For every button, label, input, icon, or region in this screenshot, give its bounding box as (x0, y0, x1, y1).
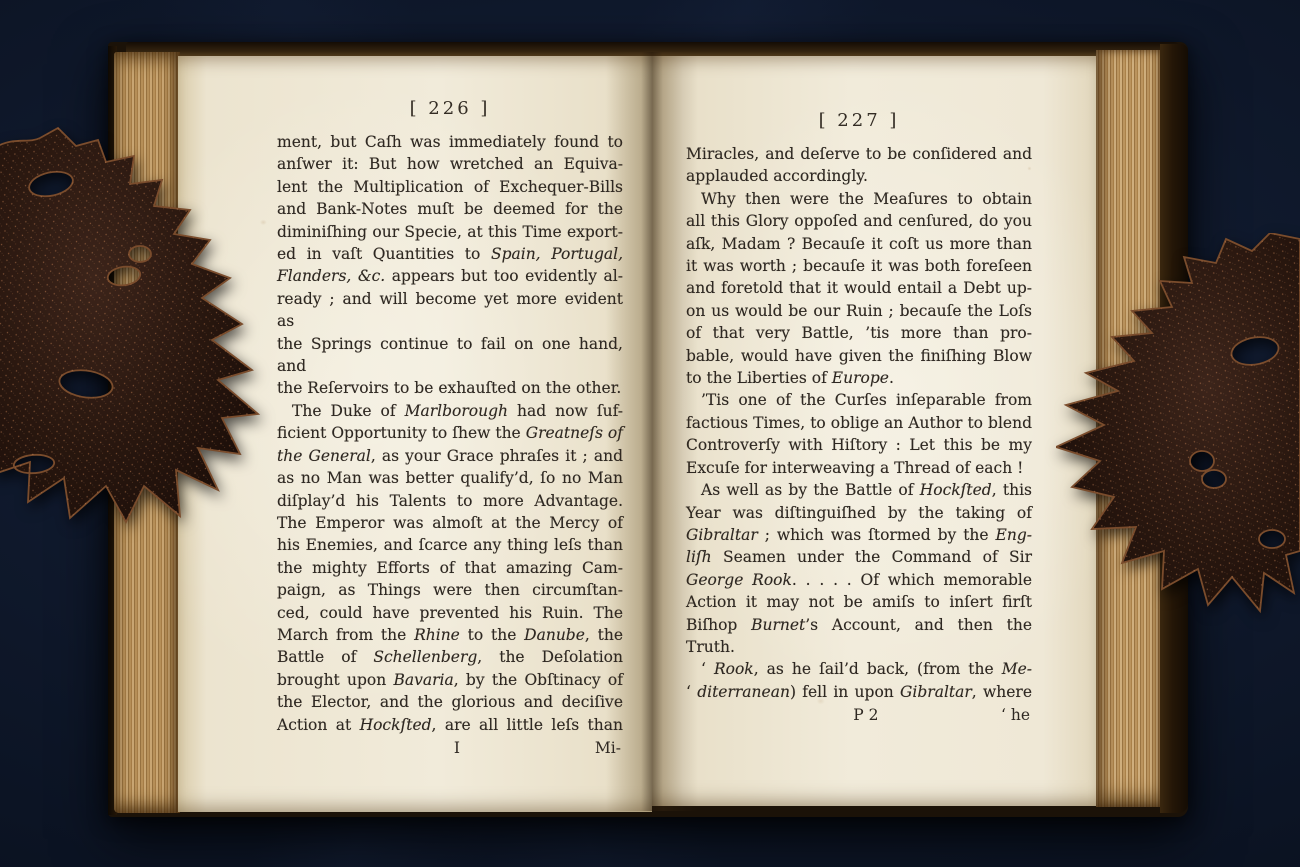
text-line: Gibraltar ; which was ſtormed by the Eng… (686, 524, 1032, 546)
text-run: ed in vaſt Quantities to (277, 245, 491, 263)
text-line: The Emperor was almoſt at the Mercy of (277, 512, 623, 534)
text-line: ment, but Caſh was immediately found to (277, 131, 623, 153)
left-page-header: [ 226 ] (277, 98, 623, 119)
text-run: Why then were the Meaſures to obtain (701, 190, 1032, 208)
text-line: paign, as Things were then circumſtan- (277, 579, 623, 601)
text-run: ficient Opportunity to ſhew the (277, 424, 526, 442)
text-run: Truth. (686, 638, 735, 656)
text-run: diſplay’d his Talents to more Advantage. (277, 492, 623, 510)
text-line: Controverſy with Hiſtory : Let this be m… (686, 434, 1032, 456)
text-run: Bavaria (394, 671, 454, 689)
text-run: applauded accordingly. (686, 167, 868, 185)
text-run: Battle of (277, 648, 373, 666)
text-line: the Springs continue to fail on one hand… (277, 333, 623, 378)
text-line: as no Man was better qualify’d, ſo no Ma… (277, 467, 623, 489)
signature-mark: P 2 (853, 706, 878, 724)
text-run: , the Deſolation (477, 648, 623, 666)
text-line: ‘ Rook, as he ſail’d back, (from the Me- (686, 658, 1032, 680)
copper-clasp-left-icon (0, 118, 266, 530)
text-run: ’s Account, and then the (805, 616, 1032, 634)
text-run: Biſhop (686, 616, 751, 634)
catchword: Mi- (595, 739, 621, 757)
left-page-text: ment, but Caſh was immediately found toa… (277, 131, 623, 736)
text-run: the Elector, and the glorious and deciſi… (277, 693, 623, 711)
text-run: ) fell in upon (790, 683, 900, 701)
text-run: George Rook (686, 571, 792, 589)
photo-backdrop: [ 226 ] ment, but Caſh was immediately f… (0, 0, 1300, 867)
text-run: , this (992, 481, 1032, 499)
text-run: Eng- (996, 526, 1032, 544)
text-run: paign, as Things were then circumſtan- (277, 581, 623, 599)
text-line: liſh Seamen under the Command of Sir (686, 546, 1032, 568)
text-run: . . . . . Of which memorable (792, 571, 1032, 589)
text-run: diterranean (697, 683, 790, 701)
text-line: to the Liberties of Europe. (686, 367, 1032, 389)
text-run: to the Liberties of (686, 369, 832, 387)
text-line: ‘ diterranean) fell in upon Gibraltar, w… (686, 681, 1032, 703)
text-line: all this Glory oppoſed and cenſured, do … (686, 210, 1032, 232)
text-run: appears but too evidently al- (385, 267, 623, 285)
text-line: Truth. (686, 636, 1032, 658)
text-run: Seamen under the Command of Sir (712, 548, 1032, 566)
text-line: bable, would have given the finiſhing Bl… (686, 345, 1032, 367)
book: [ 226 ] ment, but Caſh was immediately f… (108, 42, 1188, 817)
text-run: and foretold that it would entail a Debt… (686, 279, 1032, 297)
text-run: Greatneſs of (526, 424, 623, 442)
text-line: it was worth ; becauſe it was both foreſ… (686, 255, 1032, 277)
text-run: of that very Battle, ’tis more than pro- (686, 324, 1032, 342)
text-run: Gibraltar (900, 683, 972, 701)
text-run: ’Tis one of the Curſes inſeparable from (701, 391, 1032, 409)
text-run: factious Times, to oblige an Author to b… (686, 414, 1032, 432)
text-line: factious Times, to oblige an Author to b… (686, 412, 1032, 434)
text-run: on us would be our Ruin ; becauſe the Lo… (686, 302, 1032, 320)
text-line: The Duke of Marlborough had now ſuf- (277, 400, 623, 422)
text-line: Miracles, and deſerve to be conſidered a… (686, 143, 1032, 165)
left-page-footer: I Mi- (277, 739, 623, 763)
right-page-footer: P 2 ‘ he (686, 706, 1032, 730)
text-run: , by the Obſtinacy of (454, 671, 623, 689)
text-run: the mighty Efforts of that amazing Cam- (277, 559, 623, 577)
text-run: The Duke of (292, 402, 405, 420)
text-run: ‘ (701, 660, 714, 678)
text-line: ficient Opportunity to ſhew the Greatneſ… (277, 422, 623, 444)
text-run: Year was diſtinguiſhed by the taking of (686, 504, 1032, 522)
text-run: ‘ (686, 683, 697, 701)
text-line: March from the Rhine to the Danube, the (277, 624, 623, 646)
text-run: his Enemies, and ſcarce any thing leſs t… (277, 536, 623, 554)
text-run: liſh (686, 548, 712, 566)
text-run: The Emperor was almoſt at the Mercy of (277, 514, 623, 532)
text-line: diſplay’d his Talents to more Advantage. (277, 490, 623, 512)
text-line: Why then were the Meaſures to obtain (686, 188, 1032, 210)
text-run: it was worth ; becauſe it was both foreſ… (686, 257, 1032, 275)
text-run: , the (585, 626, 623, 644)
right-page-text: Miracles, and deſerve to be conſidered a… (686, 143, 1032, 703)
text-line: Action at Hockſted, are all little leſs … (277, 714, 623, 736)
text-run: Marlborough (405, 402, 508, 420)
text-run: ced, could have prevented his Ruin. The (277, 604, 623, 622)
text-run: as no Man was better qualify’d, ſo no Ma… (277, 469, 623, 487)
right-page-header: [ 227 ] (686, 110, 1032, 131)
text-run: Europe (832, 369, 889, 387)
text-line: the mighty Efforts of that amazing Cam- (277, 557, 623, 579)
text-run: , as he ſail’d back, (from the (754, 660, 1002, 678)
text-line: on us would be our Ruin ; becauſe the Lo… (686, 300, 1032, 322)
left-page-text-block: [ 226 ] ment, but Caſh was immediately f… (277, 98, 623, 763)
text-run: Hockſted (360, 716, 432, 734)
text-line: Action it may not be amiſs to inſert fir… (686, 591, 1032, 613)
text-run: Flanders, &c. (277, 267, 385, 285)
right-page: [ 227 ] Miracles, and deſerve to be conſ… (652, 56, 1096, 806)
text-run: Controverſy with Hiſtory : Let this be m… (686, 436, 1032, 454)
text-line: and foretold that it would entail a Debt… (686, 277, 1032, 299)
text-line: George Rook. . . . . Of which memorable (686, 569, 1032, 591)
text-run: , where (972, 683, 1032, 701)
text-line: Biſhop Burnet’s Account, and then the (686, 614, 1032, 636)
text-line: diminiſhing our Specie, at this Time exp… (277, 221, 623, 243)
text-run: Excuſe for interweaving a Thread of each… (686, 459, 1023, 477)
text-line: brought upon Bavaria, by the Obſtinacy o… (277, 669, 623, 691)
text-run: Miracles, and deſerve to be conſidered a… (686, 145, 1032, 163)
text-line: Year was diſtinguiſhed by the taking of (686, 502, 1032, 524)
text-line: the Elector, and the glorious and deciſi… (277, 691, 623, 713)
text-run: Danube (524, 626, 585, 644)
text-run: to the (460, 626, 524, 644)
text-line: Battle of Schellenberg, the Deſolation (277, 646, 623, 668)
text-run: Schellenberg (373, 648, 477, 666)
text-line: anſwer it: But how wretched an Equiva- (277, 153, 623, 175)
text-run: aſk, Madam ? Becauſe it coſt us more tha… (686, 235, 1032, 253)
text-line: applauded accordingly. (686, 165, 1032, 187)
signature-mark: I (454, 739, 460, 757)
text-line: ready ; and will become yet more evident… (277, 288, 623, 333)
text-line: ed in vaſt Quantities to Spain, Portugal… (277, 243, 623, 265)
text-line: ced, could have prevented his Ruin. The (277, 602, 623, 624)
text-run: Hockſted (920, 481, 992, 499)
text-run: ready ; and will become yet more evident… (277, 290, 623, 330)
text-line: lent the Multiplication of Exchequer-Bil… (277, 176, 623, 198)
text-run: , as your Grace phraſes it ; and (371, 447, 623, 465)
text-run: Action it may not be amiſs to inſert fir… (686, 593, 1032, 611)
text-line: As well as by the Battle of Hockſted, th… (686, 479, 1032, 501)
copper-clasp-right-icon (1056, 233, 1300, 619)
text-line: of that very Battle, ’tis more than pro- (686, 322, 1032, 344)
text-run: all this Glory oppoſed and cenſured, do … (686, 212, 1032, 230)
text-run: and Bank-Notes muſt be deemed for the (277, 200, 623, 218)
right-page-text-block: [ 227 ] Miracles, and deſerve to be conſ… (686, 110, 1032, 730)
text-run: Action at (277, 716, 360, 734)
text-run: Me- (1002, 660, 1032, 678)
text-line: Flanders, &c. appears but too evidently … (277, 265, 623, 287)
text-run: Spain, Portugal, (491, 245, 623, 263)
text-run: Burnet (751, 616, 805, 634)
text-run: , are all little leſs than (432, 716, 623, 734)
text-run: brought upon (277, 671, 394, 689)
text-run: Rook (714, 660, 754, 678)
text-line: his Enemies, and ſcarce any thing leſs t… (277, 534, 623, 556)
text-run: Rhine (414, 626, 460, 644)
text-line: and Bank-Notes muſt be deemed for the (277, 198, 623, 220)
text-line: the General, as your Grace phraſes it ; … (277, 445, 623, 467)
text-line: the Reſervoirs to be exhauſted on the ot… (277, 377, 623, 399)
text-line: aſk, Madam ? Becauſe it coſt us more tha… (686, 233, 1032, 255)
text-line: Excuſe for interweaving a Thread of each… (686, 457, 1032, 479)
catchword: ‘ he (1001, 706, 1030, 724)
text-run: had now ſuf- (508, 402, 623, 420)
text-run: lent the Multiplication of Exchequer-Bil… (277, 178, 623, 196)
text-run: the Springs continue to fail on one hand… (277, 335, 623, 375)
text-run: diminiſhing our Specie, at this Time exp… (277, 223, 623, 241)
text-run: ment, but Caſh was immediately found to (277, 133, 623, 151)
text-run: Gibraltar (686, 526, 758, 544)
text-run: . (889, 369, 894, 387)
text-run: the Reſervoirs to be exhauſted on the ot… (277, 379, 621, 397)
text-run: bable, would have given the finiſhing Bl… (686, 347, 1032, 365)
text-run: anſwer it: But how wretched an Equiva- (277, 155, 623, 173)
text-run: As well as by the Battle of (701, 481, 920, 499)
text-run: the General (277, 447, 371, 465)
text-line: ’Tis one of the Curſes inſeparable from (686, 389, 1032, 411)
text-run: March from the (277, 626, 414, 644)
text-run: ; which was ſtormed by the (758, 526, 996, 544)
